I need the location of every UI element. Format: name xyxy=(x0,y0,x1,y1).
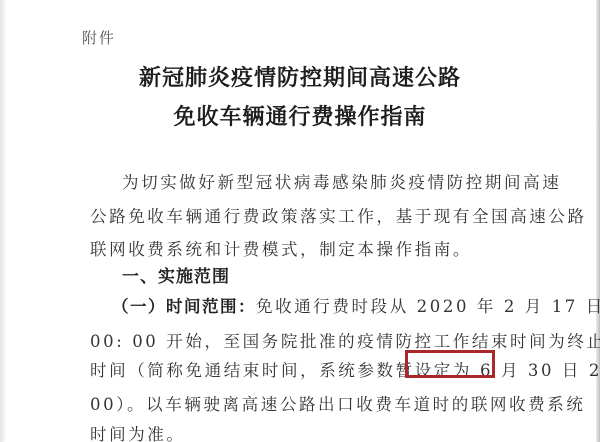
subsection-line-4: 00）。以车辆驶离高速公路出口收费车道时的联网收费系统 xyxy=(90,391,510,415)
subsection-line-2: 00: 00 开始，至国务院批准的疫情防控工作结束时间为终止 xyxy=(90,328,510,352)
document-title-line-1: 新冠肺炎疫情防控期间高速公路 xyxy=(0,61,600,92)
subsection-line-1: （一）时间范围：免收通行费时段从 2020 年 2 月 17 日 xyxy=(112,293,532,317)
section-heading: 一、实施范围 xyxy=(122,262,542,287)
attachment-label: 附件 xyxy=(82,27,116,48)
document-page: 附件 新冠肺炎疫情防控期间高速公路 免收车辆通行费操作指南 为切实做好新型冠状病… xyxy=(0,0,600,442)
intro-paragraph-line-3: 联网收费系统和计费模式，制定本操作指南。 xyxy=(90,236,510,260)
subsection-label: （一）时间范围： xyxy=(112,297,256,316)
highlighted-date-text: 6 月 30 日 24: xyxy=(480,361,600,380)
document-title-line-2: 免收车辆通行费操作指南 xyxy=(0,100,600,131)
intro-paragraph-line-2: 公路免收车辆通行费政策落实工作，基于现有全国高速公路 xyxy=(90,203,510,227)
intro-paragraph-line-1: 为切实做好新型冠状病毒感染肺炎疫情防控期间高速 xyxy=(122,169,542,193)
subsection-text: 免收通行费时段从 2020 年 2 月 17 日 xyxy=(256,297,600,316)
subsection-line-5: 时间为准。 xyxy=(90,421,510,442)
red-highlight-box xyxy=(405,350,495,378)
